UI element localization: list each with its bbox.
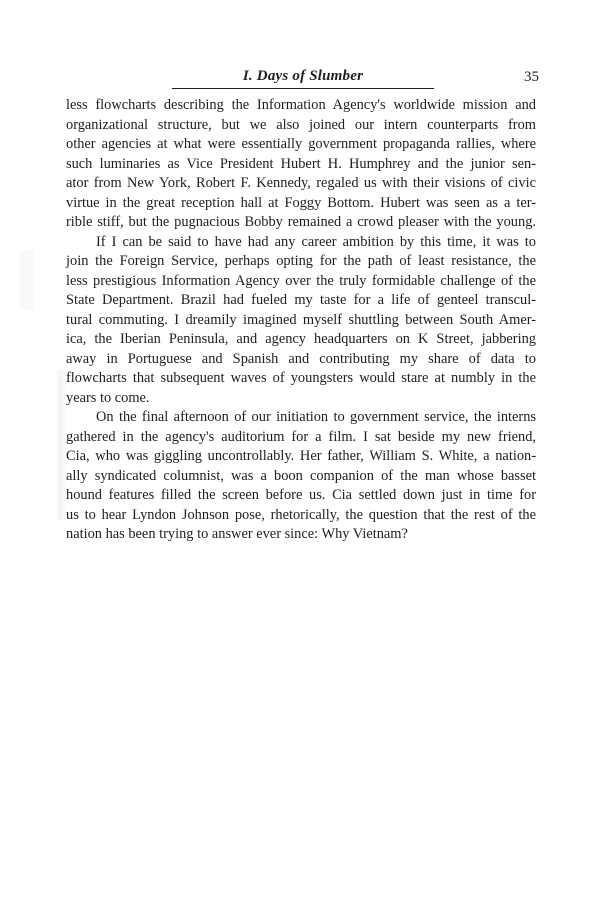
- text-line: hound features filled the screen before …: [66, 486, 536, 506]
- header-rule: [172, 88, 434, 89]
- text-line: ator from New York, Robert F. Kennedy, r…: [66, 174, 536, 194]
- text-line: virtue in the great reception hall at Fo…: [66, 194, 536, 214]
- running-title: I. Days of Slumber: [172, 68, 434, 85]
- text-line: join the Foreign Service, perhaps opting…: [66, 252, 536, 272]
- text-line: away in Portuguese and Spanish and contr…: [66, 350, 536, 370]
- text-line: ica, the Iberian Peninsula, and agency h…: [66, 330, 536, 350]
- text-line: us to hear Lyndon Johnson pose, rhetoric…: [66, 506, 536, 526]
- text-line: flowcharts that subsequent waves of youn…: [66, 369, 536, 389]
- paragraph-3: On the final afternoon of our initiation…: [66, 408, 536, 545]
- text-line: gathered in the agency's auditorium for …: [66, 428, 536, 448]
- text-line: rible stiff, but the pugnacious Bobby re…: [66, 213, 536, 233]
- text-line: On the final afternoon of our initiation…: [66, 408, 536, 428]
- text-line: Cia, who was giggling uncontrollably. He…: [66, 447, 536, 467]
- text-line: State Department. Brazil had fueled my t…: [66, 291, 536, 311]
- scan-gutter-shadow: [56, 370, 66, 520]
- text-line: less prestigious Information Agency over…: [66, 272, 536, 292]
- scan-margin-smudge: [20, 250, 34, 310]
- page-number: 35: [524, 69, 539, 86]
- paragraph-1: less flowcharts describing the Informati…: [66, 96, 536, 233]
- body-text: less flowcharts describing the Informati…: [66, 96, 536, 545]
- text-line: ally syndicated columnist, was a boon co…: [66, 467, 536, 487]
- text-line: tural commuting. I dreamily imagined mys…: [66, 311, 536, 331]
- text-line: other agencies at what were essentially …: [66, 135, 536, 155]
- text-line: If I can be said to have had any career …: [66, 233, 536, 253]
- paragraph-2: If I can be said to have had any career …: [66, 233, 536, 409]
- text-line: organizational structure, but we also jo…: [66, 116, 536, 136]
- text-line: less flowcharts describing the Informati…: [66, 96, 536, 116]
- text-line: nation has been trying to answer ever si…: [66, 525, 536, 545]
- text-line: such luminaries as Vice President Hubert…: [66, 155, 536, 175]
- text-line: years to come.: [66, 389, 536, 409]
- running-header: I. Days of Slumber 35: [0, 64, 600, 94]
